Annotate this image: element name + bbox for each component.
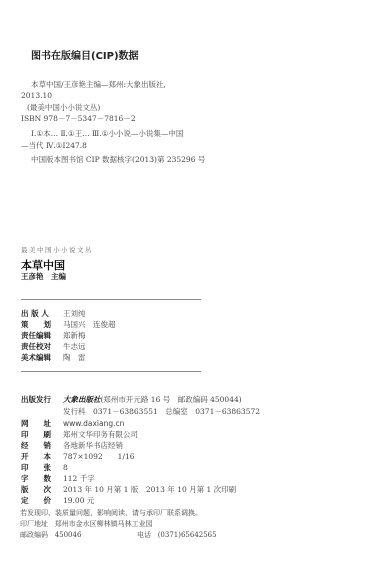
phones-row: 发行科 0371－63863551 总编室 0371－63863572 bbox=[21, 406, 260, 417]
pub-value: 19.00 元 bbox=[63, 495, 94, 506]
cip-line: (最美中国小小说文丛) bbox=[27, 102, 100, 113]
divider bbox=[21, 371, 201, 372]
pub-label: 版 次 bbox=[21, 484, 63, 495]
website-link[interactable]: www.daxiang.cn bbox=[63, 418, 124, 429]
staff-value: 王刘纯 bbox=[63, 308, 86, 319]
publisher-brand: 大象出版社 bbox=[63, 395, 101, 404]
pub-row: 经 销各地新华书店经销 bbox=[21, 440, 123, 451]
postcode: 450046 bbox=[55, 531, 82, 539]
pub-row: 字 数112 千字 bbox=[21, 473, 95, 484]
pub-value: 2013 年 10 月第 1 版 2013 年 10 月第 1 次印刷 bbox=[63, 484, 236, 495]
pub-row: 印 张8 bbox=[21, 462, 68, 473]
staff-row: 出 版 人王刘纯 bbox=[21, 308, 86, 319]
cip-title: 图书在版编目(CIP)数据 bbox=[31, 47, 139, 62]
printer-address-row: 印厂地址 郑州市金水区柳林镇马林工业园 bbox=[20, 519, 153, 529]
pub-row: 网 址www.daxiang.cn bbox=[21, 418, 124, 429]
pub-row: 开 本787×1092 1/16 bbox=[21, 451, 135, 462]
publisher-label: 出版发行 bbox=[21, 394, 63, 405]
pub-label: 经 销 bbox=[21, 440, 63, 451]
staff-label: 责任校对 bbox=[21, 341, 63, 352]
pub-value: 787×1092 1/16 bbox=[63, 451, 135, 462]
cip-line: 2013.10 bbox=[21, 91, 52, 100]
phone: (0371)65642565 bbox=[158, 531, 217, 539]
staff-value: 牛志远 bbox=[63, 341, 86, 352]
staff-value: 郑新梅 bbox=[63, 330, 86, 341]
pub-label: 开 本 bbox=[21, 451, 63, 462]
publisher-row: 出版发行 大象出版社(郑州市开元路 16 号 邮政编码 450044) bbox=[21, 394, 242, 405]
pub-value: 8 bbox=[63, 462, 68, 473]
pub-value: 各地新华书店经销 bbox=[63, 440, 123, 451]
staff-row: 美术编辑陶 雷 bbox=[21, 352, 86, 363]
printer-address: 郑州市金水区柳林镇马林工业园 bbox=[55, 520, 153, 528]
pub-row: 定 价19.00 元 bbox=[21, 495, 94, 506]
cip-line: ISBN 978－7－5347－7816－2 bbox=[21, 113, 136, 124]
pub-value: 112 千字 bbox=[63, 473, 95, 484]
phones: 发行科 0371－63863551 总编室 0371－63863572 bbox=[63, 406, 260, 417]
series-name: 最美中国小小说文丛 bbox=[21, 245, 93, 254]
quality-notice: 若发现印、装质量问题，影响阅读，请与承印厂联系调换。 bbox=[20, 508, 202, 518]
pub-label: 字 数 bbox=[21, 473, 63, 484]
cip-line: Ⅰ.①本… Ⅱ.①王… Ⅲ.①小小说—小说集—中国 bbox=[31, 128, 183, 139]
staff-label: 出 版 人 bbox=[21, 308, 63, 319]
pub-label: 网 址 bbox=[21, 418, 63, 429]
postcode-row: 邮政编码 450046 bbox=[20, 530, 81, 540]
pub-label: 印 张 bbox=[21, 462, 63, 473]
divider bbox=[21, 299, 201, 300]
staff-label: 策 划 bbox=[21, 319, 63, 330]
phone-label: 电话 bbox=[137, 531, 151, 539]
cip-line: —当代 Ⅳ.①I247.8 bbox=[21, 140, 87, 151]
editor: 王彦艳 主编 bbox=[21, 271, 66, 282]
phone-row: 电话 (0371)65642565 bbox=[137, 530, 217, 540]
staff-value: 陶 雷 bbox=[63, 352, 86, 363]
pub-label: 定 价 bbox=[21, 495, 63, 506]
staff-label: 美术编辑 bbox=[21, 352, 63, 363]
staff-row: 责任校对牛志远 bbox=[21, 341, 86, 352]
staff-row: 责任编辑郑新梅 bbox=[21, 330, 86, 341]
staff-value: 马国兴 连俊超 bbox=[63, 319, 116, 330]
pub-row: 版 次2013 年 10 月第 1 版 2013 年 10 月第 1 次印刷 bbox=[21, 484, 236, 495]
pub-value: 郑州文华印务有限公司 bbox=[63, 429, 138, 440]
postcode-label: 邮政编码 bbox=[20, 531, 48, 539]
staff-row: 策 划马国兴 连俊超 bbox=[21, 319, 116, 330]
pub-row: 印 刷郑州文华印务有限公司 bbox=[21, 429, 138, 440]
printer-address-label: 印厂地址 bbox=[20, 520, 48, 528]
pub-label: 印 刷 bbox=[21, 429, 63, 440]
cip-line: 中国版本图书馆 CIP 数据核字(2013)第 235296 号 bbox=[31, 154, 205, 165]
cip-line: 本草中国/王彦艳主编—郑州:大象出版社, bbox=[31, 79, 166, 90]
publisher-address: (郑州市开元路 16 号 邮政编码 450044) bbox=[101, 395, 242, 404]
staff-label: 责任编辑 bbox=[21, 330, 63, 341]
